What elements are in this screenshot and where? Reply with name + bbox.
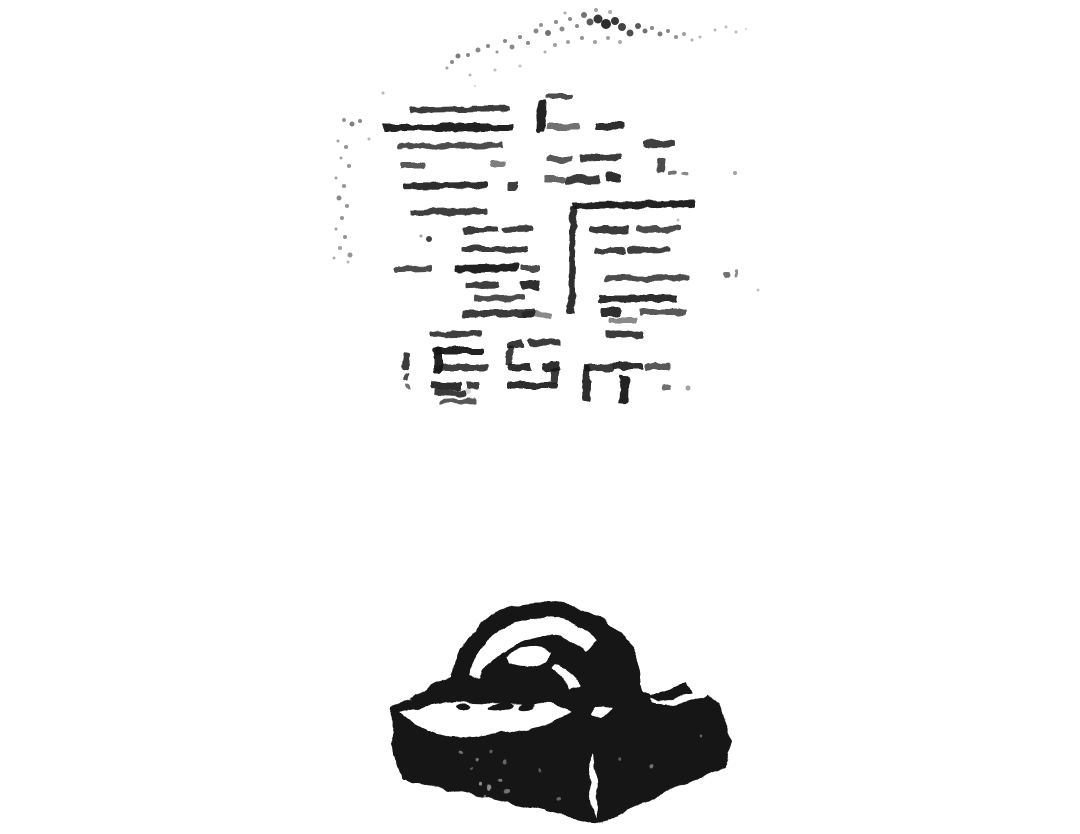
scanned-seal-page <box>0 0 1080 834</box>
impression-strokes <box>383 94 739 405</box>
seal-stone-illustration <box>390 602 733 823</box>
seal-artwork <box>0 0 1080 834</box>
